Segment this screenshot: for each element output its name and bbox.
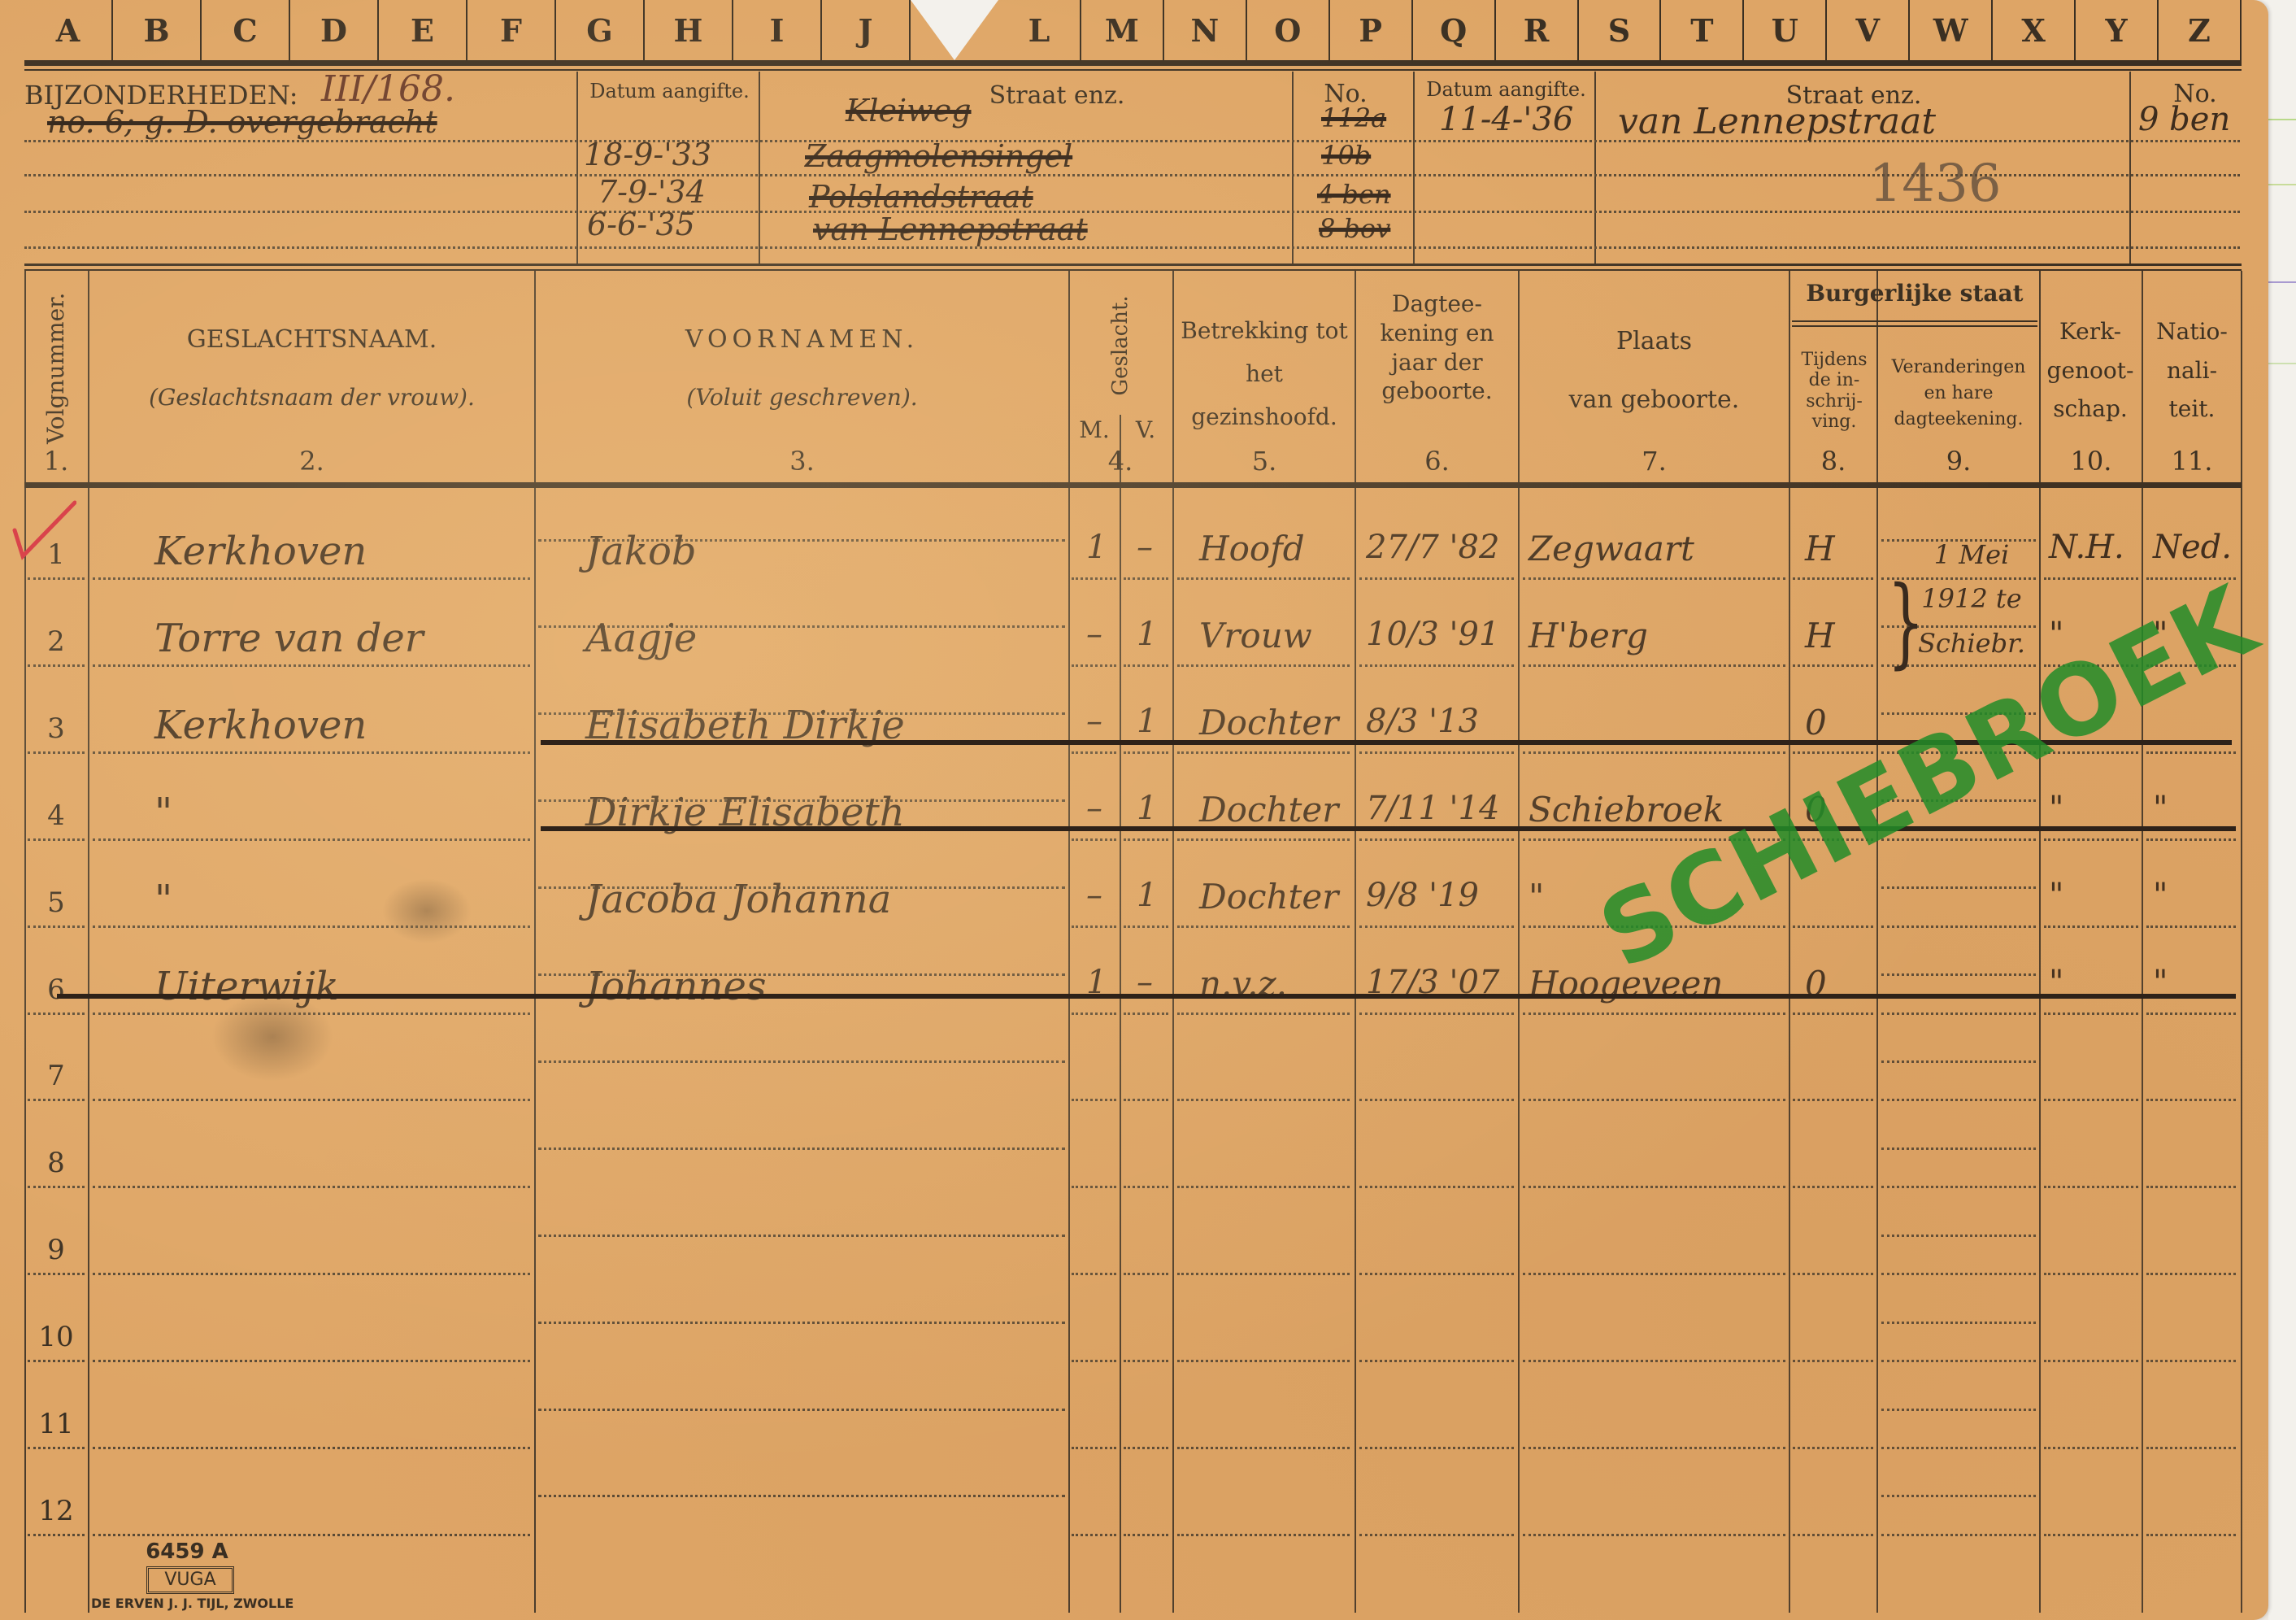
tab-i[interactable]: I (733, 0, 822, 60)
row-number: 4 (24, 799, 88, 832)
dotted-line (2044, 577, 2138, 580)
dotted-line (28, 1012, 85, 1015)
dotted-line (28, 925, 85, 928)
tab-b[interactable]: B (113, 0, 202, 60)
cell-m: – (1086, 616, 1102, 653)
cell-geboorte: 7/11 '14 (1366, 790, 1499, 827)
dotted-line (1881, 1447, 2036, 1449)
dotted-line (1124, 838, 1168, 841)
background-line (2263, 119, 2296, 120)
dotted-line (2146, 1186, 2236, 1188)
header-v: V. (1121, 416, 1170, 444)
dotted-line (28, 1099, 85, 1101)
cell-betrekking: Dochter (1199, 877, 1338, 917)
cell-geboorte: 10/3 '91 (1366, 616, 1499, 653)
divider (759, 72, 760, 265)
tab-s[interactable]: S (1579, 0, 1662, 60)
cell-kerk: " (2049, 877, 2063, 914)
dotted-line (538, 1322, 1065, 1324)
dotted-line (1881, 1060, 2036, 1063)
cell-plaats: Zegwaart (1528, 529, 1694, 568)
datum-aangifte-label-2: Datum aangifte. (1419, 78, 1594, 102)
dotted-line (1359, 577, 1514, 580)
dotted-line (1359, 664, 1514, 667)
row-number: 11 (24, 1408, 88, 1440)
dotted-line (1072, 1447, 1116, 1449)
form-number: 6459 A (130, 1539, 244, 1565)
dotted-line (2044, 1012, 2138, 1015)
dotted-line (538, 1060, 1065, 1063)
divider (24, 269, 2242, 271)
dotted-line (1881, 1495, 2036, 1497)
header-veranderingen: Veranderingen en hare dagteekening. (1880, 355, 2037, 433)
dotted-line (1124, 664, 1168, 667)
header-num: 3. (536, 446, 1068, 477)
dotted-line (1359, 1186, 1514, 1188)
dotted-line (1523, 1012, 1785, 1015)
dotted-line (28, 838, 85, 841)
history-datum: 7-9-'34 (598, 174, 706, 210)
tab-h[interactable]: H (645, 0, 733, 60)
history-no: 10b (1321, 140, 1371, 171)
dotted-line (1523, 1186, 1785, 1188)
dotted-line (1359, 1360, 1514, 1362)
dotted-line (1523, 1534, 1785, 1536)
dotted-line (1124, 1360, 1168, 1362)
dotted-line (2146, 1447, 2236, 1449)
dotted-line (2146, 1360, 2236, 1362)
header-num: 7. (1520, 446, 1789, 477)
divider (1792, 325, 2037, 327)
header-num: 4. (1068, 446, 1172, 477)
tab-notch (911, 0, 998, 60)
dotted-line (28, 577, 85, 580)
dotted-line (1523, 664, 1785, 667)
tab-r[interactable]: R (1496, 0, 1579, 60)
dotted-line (1881, 1012, 2036, 1015)
volgnummer-label: Volgnummer. (42, 283, 70, 454)
header-tijdens: Tijdens de in- schrij- ving. (1794, 350, 1875, 432)
cell-betrekking: Vrouw (1199, 616, 1312, 655)
cell-voornamen: Johannes (585, 964, 767, 1009)
dotted-line (1523, 1360, 1785, 1362)
tab-u[interactable]: U (1744, 0, 1827, 60)
dotted-line (28, 1534, 85, 1536)
cell-nat: Ned. (2153, 529, 2232, 566)
row-number: 7 (24, 1060, 88, 1092)
dotted-line (2044, 838, 2138, 841)
row-number: 6 (24, 973, 88, 1006)
dotted-line (1072, 1186, 1116, 1188)
tab-l[interactable]: L (998, 0, 1081, 60)
dotted-line (1359, 838, 1514, 841)
divider (576, 72, 578, 265)
cell-kerk: N.H. (2049, 529, 2124, 566)
dotted-line (1177, 751, 1350, 754)
header-num: 1. (24, 446, 88, 477)
dotted-line (2044, 1099, 2138, 1101)
dotted-line (2044, 1447, 2138, 1449)
dotted-line (28, 1360, 85, 1362)
dotted-line (1072, 577, 1116, 580)
stamp-number: 1436 (1837, 153, 2033, 216)
dotted-line (2146, 1012, 2236, 1015)
dotted-line (538, 1147, 1065, 1150)
header-kerkgenootschap: Kerk- genoot- schap. (2046, 312, 2135, 429)
tab-v[interactable]: V (1827, 0, 1910, 60)
header-volgnummer: Volgnummer. (24, 277, 88, 455)
dotted-line (28, 1273, 85, 1275)
dotted-line (93, 1447, 530, 1449)
dotted-line (2044, 1273, 2138, 1275)
tab-w[interactable]: W (1910, 0, 1993, 60)
dotted-line (1793, 1099, 1873, 1101)
header-num: 5. (1174, 446, 1355, 477)
cell-staat: 0 (1805, 703, 1827, 742)
cell-geboorte: 9/8 '19 (1366, 877, 1479, 914)
ink-smudge (211, 992, 333, 1082)
tab-o[interactable]: O (1247, 0, 1330, 60)
dotted-line (1359, 751, 1514, 754)
dotted-line (1793, 1186, 1873, 1188)
dotted-line (2044, 1534, 2138, 1536)
dotted-line (1124, 1186, 1168, 1188)
divider (1292, 72, 1294, 265)
dotted-line (1072, 1012, 1116, 1015)
cell-achternaam: Kerkhoven (154, 703, 367, 748)
dotted-line (93, 577, 530, 580)
background-line (2263, 281, 2296, 283)
divider (1792, 320, 2037, 322)
tab-q[interactable]: Q (1413, 0, 1496, 60)
cell-voornamen: Jacoba Johanna (585, 877, 891, 922)
history-straat: Kleiweg (846, 93, 972, 128)
dotted-line (2044, 925, 2138, 928)
cell-achternaam: " (154, 790, 172, 835)
cell-achternaam: " (154, 877, 172, 922)
column-divider (2241, 271, 2242, 1613)
dotted-line (93, 1534, 530, 1536)
dotted-line (1359, 1447, 1514, 1449)
dotted-line (1072, 838, 1116, 841)
current-datum: 11-4-'36 (1439, 101, 1573, 138)
dotted-line (1881, 1099, 2036, 1101)
dotted-line (1359, 1099, 1514, 1101)
dotted-line (1881, 1147, 2036, 1150)
tab-n[interactable]: N (1164, 0, 1247, 60)
dotted-line (1177, 664, 1350, 667)
row-number: 2 (24, 625, 88, 658)
row-number: 12 (24, 1495, 88, 1527)
dotted-line (1793, 577, 1873, 580)
dotted-line (93, 838, 530, 841)
dotted-line (1177, 925, 1350, 928)
divider (1413, 72, 1415, 265)
cell-kerk: " (2049, 790, 2063, 827)
dotted-line (1793, 664, 1873, 667)
dotted-line (1359, 1534, 1514, 1536)
header-geslachtsnaam-sub: (Geslachtsnaam der vrouw). (89, 384, 534, 412)
cell-betrekking: Dochter (1199, 790, 1338, 830)
header-nationaliteit: Natio- nali- teit. (2150, 312, 2234, 429)
dotted-line (1177, 1360, 1350, 1362)
cell-nat: " (2153, 877, 2168, 914)
dotted-line (1124, 1099, 1168, 1101)
dotted-line (1793, 1447, 1873, 1449)
dotted-line (28, 751, 85, 754)
header-num: 9. (1878, 446, 2039, 477)
row-number: 8 (24, 1147, 88, 1179)
dotted-line (1072, 751, 1116, 754)
row-number: 3 (24, 712, 88, 745)
divider (1594, 72, 1596, 265)
tab-j[interactable]: J (822, 0, 911, 60)
straat-label: Straat enz. (935, 81, 1179, 111)
tab-t[interactable]: T (1661, 0, 1744, 60)
tab-e[interactable]: E (379, 0, 467, 60)
strike-row-6 (57, 994, 2236, 999)
tab-c[interactable]: C (202, 0, 290, 60)
header-voornamen: VOORNAMEN. (536, 325, 1068, 355)
divider (24, 60, 2242, 66)
header-geslachtsnaam: GESLACHTSNAAM. (89, 325, 534, 355)
cell-voornamen: Jakob (585, 529, 697, 574)
registration-card: ABCDEFGHIJLMNOPQRSTUVWXYZ BIJZONDERHEDEN… (0, 0, 2268, 1620)
dotted-line (1124, 1534, 1168, 1536)
dotted-line (2044, 1186, 2138, 1188)
history-no: 8 bov (1319, 213, 1390, 244)
header-num: 8. (1790, 446, 1876, 477)
printer-name: DE ERVEN J. J. TIJL, ZWOLLE (91, 1596, 294, 1611)
header-plaats-sub: van geboorte. (1520, 385, 1789, 415)
history-straat: Polslandstraat (809, 179, 1033, 215)
dotted-line (1177, 838, 1350, 841)
dotted-line (93, 1186, 530, 1188)
dotted-line (1881, 1322, 2036, 1324)
divider (2129, 72, 2131, 265)
dotted-line (1072, 1534, 1116, 1536)
dotted-line (1881, 1534, 2036, 1536)
cell-geboorte: 8/3 '13 (1366, 703, 1479, 740)
dotted-line (1881, 1409, 2036, 1411)
dotted-line (1523, 1447, 1785, 1449)
dotted-line (538, 1235, 1065, 1237)
dotted-line (1359, 925, 1514, 928)
current-straat: van Lennepstraat (1618, 101, 1936, 142)
cell-nat: " (2153, 790, 2168, 827)
dotted-line (538, 1495, 1065, 1497)
dotted-line (1881, 925, 2036, 928)
cell-plaats: " (1528, 877, 1544, 917)
cell-m: – (1086, 877, 1102, 914)
divider (24, 482, 2242, 488)
dotted-line (1881, 1186, 2036, 1188)
background-line (2263, 363, 2296, 364)
background-line (2263, 184, 2296, 185)
header-dagteekening: Dagtee- kening en jaar der geboorte. (1374, 290, 1500, 406)
dotted-line (2146, 838, 2236, 841)
cell-staat: H (1805, 529, 1835, 568)
header-num: 11. (2143, 446, 2241, 477)
dotted-line (1793, 1534, 1873, 1536)
tab-d[interactable]: D (290, 0, 379, 60)
cell-v: – (1137, 529, 1153, 566)
dotted-line (1177, 1012, 1350, 1015)
tab-y[interactable]: Y (2076, 0, 2159, 60)
check-mark-icon (11, 498, 76, 563)
header-num: 2. (89, 446, 534, 477)
dotted-line (1523, 577, 1785, 580)
cell-m: – (1086, 703, 1102, 740)
dotted-line (1359, 1012, 1514, 1015)
dotted-line (2146, 1273, 2236, 1275)
history-no: 112a (1321, 102, 1386, 133)
dotted-line (2146, 1099, 2236, 1101)
dotted-line (93, 1273, 530, 1275)
dotted-line (1881, 1360, 2036, 1362)
dotted-line (1124, 1273, 1168, 1275)
dotted-line (1124, 577, 1168, 580)
dotted-line (28, 664, 85, 667)
dotted-line (1881, 1235, 2036, 1237)
cell-voornamen: Aagje (585, 616, 697, 661)
tab-z[interactable]: Z (2159, 0, 2242, 60)
dotted-line (93, 1099, 530, 1101)
dotted-line (1359, 1273, 1514, 1275)
dotted-line (1177, 1447, 1350, 1449)
dotted-line (1793, 1273, 1873, 1275)
header-voornamen-sub: (Voluit geschreven). (536, 384, 1068, 412)
header-betrekking: Betrekking tot het gezinshoofd. (1181, 309, 1348, 439)
tab-p[interactable]: P (1330, 0, 1413, 60)
dotted-line (1072, 1273, 1116, 1275)
row-number: 5 (24, 886, 88, 919)
header-plaats: Plaats (1520, 327, 1789, 356)
history-straat: van Lennepstraat (813, 211, 1088, 247)
brand-logo: VUGA (146, 1566, 234, 1594)
dotted-line (1072, 1360, 1116, 1362)
dotted-line (2146, 925, 2236, 928)
dotted-line (1177, 577, 1350, 580)
dotted-line (1177, 1099, 1350, 1101)
cell-achternaam: Kerkhoven (154, 529, 367, 574)
dotted-line (28, 1186, 85, 1188)
dotted-line (1072, 1099, 1116, 1101)
history-straat: Zaagmolensingel (805, 138, 1072, 174)
header-geslacht: Geslacht. (1108, 294, 1133, 398)
strike-row-4 (541, 826, 2236, 831)
current-no: 9 ben (2138, 101, 2230, 138)
row-number: 10 (24, 1321, 88, 1353)
dotted-line (24, 246, 2240, 249)
dotted-line (1523, 1273, 1785, 1275)
row-number: 9 (24, 1234, 88, 1266)
history-datum: 18-9-'33 (584, 137, 711, 172)
header-burgerlijke-staat: Burgerlijke staat (1790, 280, 2039, 307)
cell-geboorte: 27/7 '82 (1366, 529, 1499, 566)
cell-m: – (1086, 790, 1102, 827)
cell-v: 1 (1137, 616, 1157, 653)
dotted-line (1124, 1012, 1168, 1015)
dotted-line (93, 751, 530, 754)
dotted-line (1177, 1534, 1350, 1536)
dotted-line (1523, 751, 1785, 754)
tab-m[interactable]: M (1081, 0, 1164, 60)
dotted-line (2146, 751, 2236, 754)
tab-g[interactable]: G (556, 0, 645, 60)
dotted-line (2044, 1360, 2138, 1362)
tab-x[interactable]: X (1993, 0, 2076, 60)
history-no: 4 ben (1317, 179, 1391, 210)
dotted-line (1072, 925, 1116, 928)
dotted-line (1124, 751, 1168, 754)
cell-betrekking: Dochter (1199, 703, 1338, 742)
tab-f[interactable]: F (467, 0, 556, 60)
dotted-line (1177, 1273, 1350, 1275)
header-num: 10. (2041, 446, 2142, 477)
dotted-line (1072, 664, 1116, 667)
dotted-line (1177, 1186, 1350, 1188)
cell-plaats: H'berg (1528, 616, 1648, 655)
brace-icon: } (1887, 574, 1924, 672)
dotted-line (1124, 1447, 1168, 1449)
tab-a[interactable]: A (24, 0, 113, 60)
dotted-line (538, 1409, 1065, 1411)
bijzonderheden-struck: no. 6; g. D. overgebracht (47, 104, 437, 140)
cell-v: 1 (1137, 703, 1157, 740)
dotted-line (1793, 1012, 1873, 1015)
dotted-line (1793, 925, 1873, 928)
cell-v: 1 (1137, 790, 1157, 827)
dotted-line (93, 1360, 530, 1362)
cell-m: 1 (1086, 529, 1107, 566)
datum-aangifte-label: Datum aangifte. (582, 80, 757, 103)
ink-smudge (382, 878, 472, 943)
cell-verandering: 1 Mei 1912 te Schiebr. (1911, 533, 2033, 665)
header-num: 6. (1356, 446, 1518, 477)
dotted-line (1881, 973, 2036, 976)
dotted-line (1124, 925, 1168, 928)
dotted-line (1881, 1273, 2036, 1275)
cell-v: 1 (1137, 877, 1157, 914)
header-m: M. (1070, 416, 1119, 444)
dotted-line (1793, 1360, 1873, 1362)
dotted-line (28, 1447, 85, 1449)
dotted-line (93, 664, 530, 667)
dotted-line (1523, 1099, 1785, 1101)
history-datum: 6-6-'35 (587, 207, 695, 242)
cell-betrekking: Hoofd (1199, 529, 1305, 568)
column-divider (1120, 415, 1121, 1613)
dotted-line (2146, 1534, 2236, 1536)
cell-achternaam: Torre van der (154, 616, 424, 661)
cell-staat: H (1805, 616, 1835, 655)
divider (24, 263, 2242, 266)
cell-plaats: Schiebroek (1528, 790, 1724, 830)
dotted-line (1881, 886, 2036, 889)
